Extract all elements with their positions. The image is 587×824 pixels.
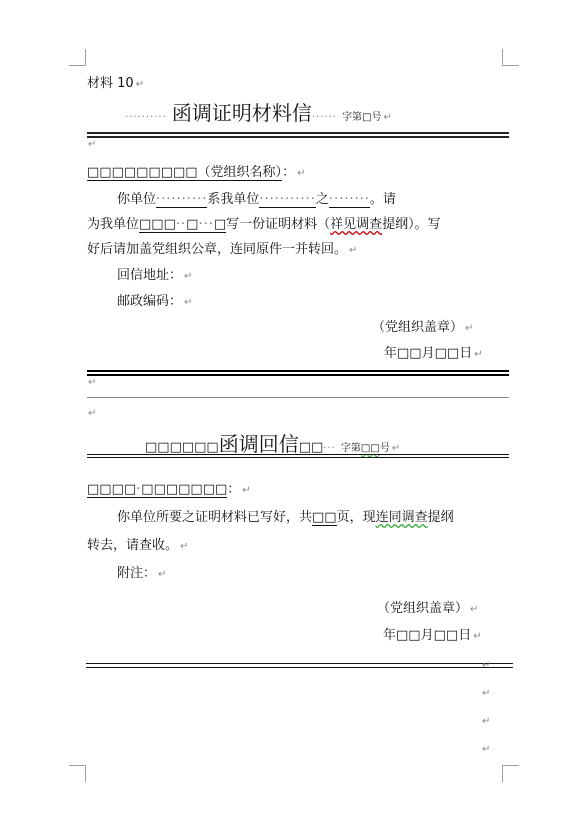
postal-code: 邮政编码：↵: [117, 294, 192, 311]
text: 写一份证明材料（: [226, 217, 330, 232]
paragraph-mark: ↵: [242, 485, 250, 496]
spellcheck-text: 祥见调查: [330, 217, 382, 232]
date-month: 月: [422, 346, 435, 361]
paragraph-mark: ↵: [392, 443, 400, 454]
double-rule-lower: [87, 136, 509, 138]
paragraph-mark: ↵: [470, 604, 478, 615]
title-boxes-right: □□: [299, 440, 324, 455]
blank-box: □: [214, 217, 226, 232]
paragraph-mark: ↵: [88, 377, 96, 388]
ref-hao: 号: [380, 443, 390, 454]
blank-field: ··········: [156, 192, 207, 208]
addressee-paren: （党组织名称）: [198, 165, 283, 180]
paragraph-mark: ↵: [136, 79, 144, 90]
letter2-title-line: □□□□□□函调回信□□··· 字第□□号↵: [145, 432, 400, 456]
paragraph-mark: ↵: [180, 541, 188, 552]
colon: ：: [282, 165, 295, 180]
letter2-note: 附注：↵: [117, 566, 166, 583]
letter1-para3: 好后请加盖党组织公章，连同原件一并转回。↵: [87, 242, 357, 259]
text: 转去，请查收。: [87, 538, 178, 553]
paragraph-mark: ↵: [88, 139, 96, 150]
paragraph-mark: ↵: [349, 245, 357, 256]
dots: ···: [323, 443, 336, 454]
text: 你单位所要之证明材料已写好，共: [117, 510, 312, 525]
title-leading-dots: ··········: [125, 112, 167, 123]
letter1-addressee: □□□□□□□□□（党组织名称）：↵: [87, 165, 305, 182]
seal-text: （党组织盖章）: [377, 601, 468, 616]
paragraph-mark: ↵: [88, 408, 96, 419]
paragraph-mark: ↵: [465, 323, 473, 334]
crop-mark-bottom-right: [502, 765, 519, 782]
crop-mark-top-left: [69, 49, 86, 66]
paragraph-mark: ↵: [482, 744, 490, 755]
text: 系我单位: [207, 192, 259, 207]
date-month: 月: [421, 628, 434, 643]
paragraph-mark: ↵: [297, 168, 305, 179]
blank-box: □: [186, 217, 198, 232]
double-rule: [86, 663, 513, 664]
letter2-para2: 转去，请查收。↵: [87, 538, 188, 555]
text: 好后请加盖党组织公章，连同原件一并转回。: [87, 242, 347, 257]
blank-field: ···········: [259, 192, 315, 208]
text: 之: [316, 192, 329, 207]
material-label: 材料 10↵: [87, 76, 144, 93]
ref-boxes: □□: [361, 443, 380, 454]
text: 为我单位: [87, 217, 139, 232]
page-count-boxes: □□: [312, 510, 337, 526]
letter1-date: 年□□月□□日↵: [384, 346, 483, 363]
text: 。请: [370, 192, 396, 207]
letter2-title: 函调回信: [219, 432, 299, 456]
double-rule: [87, 454, 509, 455]
date-day-boxes: □□: [435, 346, 460, 361]
letter1-para1: 你单位··········系我单位···········之········。请: [117, 192, 396, 208]
letter1-title-line: ·········· 函调证明材料信······ 字第□号↵: [125, 101, 392, 125]
letter1-seal: （党组织盖章）↵: [372, 320, 473, 337]
paragraph-mark: ↵: [482, 688, 490, 699]
reply-address-label: 回信地址：: [117, 268, 182, 283]
cut-line: [87, 397, 509, 398]
paragraph-mark: ↵: [473, 631, 481, 642]
material-label-text: 材料 10: [87, 76, 134, 91]
letter1-para2: 为我单位□□□··□···□写一份证明材料（祥见调查提纲）。写: [87, 217, 441, 233]
text: 提纲: [428, 510, 454, 525]
text: 页，现: [337, 510, 376, 525]
paragraph-mark: ↵: [384, 112, 392, 123]
reply-address: 回信地址：↵: [117, 268, 192, 285]
seal-text: （党组织盖章）: [372, 320, 463, 335]
date-year: 年: [383, 628, 396, 643]
paragraph-mark: ↵: [474, 349, 482, 360]
colon: ：: [227, 482, 240, 497]
ref-zi: 字第: [342, 112, 362, 123]
ref-hao: 号: [372, 112, 382, 123]
letter2-seal: （党组织盖章）↵: [377, 601, 478, 618]
letter2-date: 年□□月□□日↵: [383, 628, 482, 645]
addressee-boxes: □□□□□□□□□: [87, 165, 198, 180]
crop-mark-bottom-left: [69, 765, 86, 782]
addressee-boxes: □□□□: [87, 482, 136, 497]
crop-mark-top-right: [502, 49, 519, 66]
ref-box: □: [362, 112, 371, 123]
date-month-boxes: □□: [396, 628, 421, 643]
paragraph-mark: ↵: [482, 660, 490, 671]
text: 你单位: [117, 192, 156, 207]
addressee-boxes: □□□□□□□: [141, 482, 227, 497]
paragraph-mark: ↵: [158, 569, 166, 580]
date-year: 年: [384, 346, 397, 361]
double-rule-lower: [87, 374, 509, 376]
grammar-text: 连同调查: [376, 510, 428, 525]
double-rule-lower: [87, 457, 509, 458]
blank-boxes: □□□: [139, 217, 176, 232]
paragraph-mark: ↵: [184, 271, 192, 282]
blank-field: ········: [329, 192, 370, 208]
dots: ···: [198, 217, 213, 232]
title-trailing-dots: ······: [312, 112, 337, 123]
paragraph-mark: ↵: [482, 716, 490, 727]
double-rule: [87, 132, 509, 134]
double-rule: [87, 370, 509, 372]
letter2-para1: 你单位所要之证明材料已写好，共□□页，现连同调查提纲: [117, 510, 454, 526]
date-day-boxes: □□: [434, 628, 459, 643]
date-day: 日: [459, 346, 472, 361]
letter2-addressee: □□□□·□□□□□□□：↵: [87, 482, 251, 499]
paragraph-mark: ↵: [184, 297, 192, 308]
date-day: 日: [458, 628, 471, 643]
letter1-title: 函调证明材料信: [172, 101, 312, 125]
double-rule-lower: [86, 667, 513, 668]
ref-zi: 字第: [341, 443, 361, 454]
postal-code-label: 邮政编码：: [117, 294, 182, 309]
title-boxes-left: □□□□□□: [145, 440, 219, 455]
note-label: 附注：: [117, 566, 156, 581]
text: 提纲）。写: [382, 217, 441, 232]
dots: ··: [176, 217, 186, 232]
date-month-boxes: □□: [397, 346, 422, 361]
